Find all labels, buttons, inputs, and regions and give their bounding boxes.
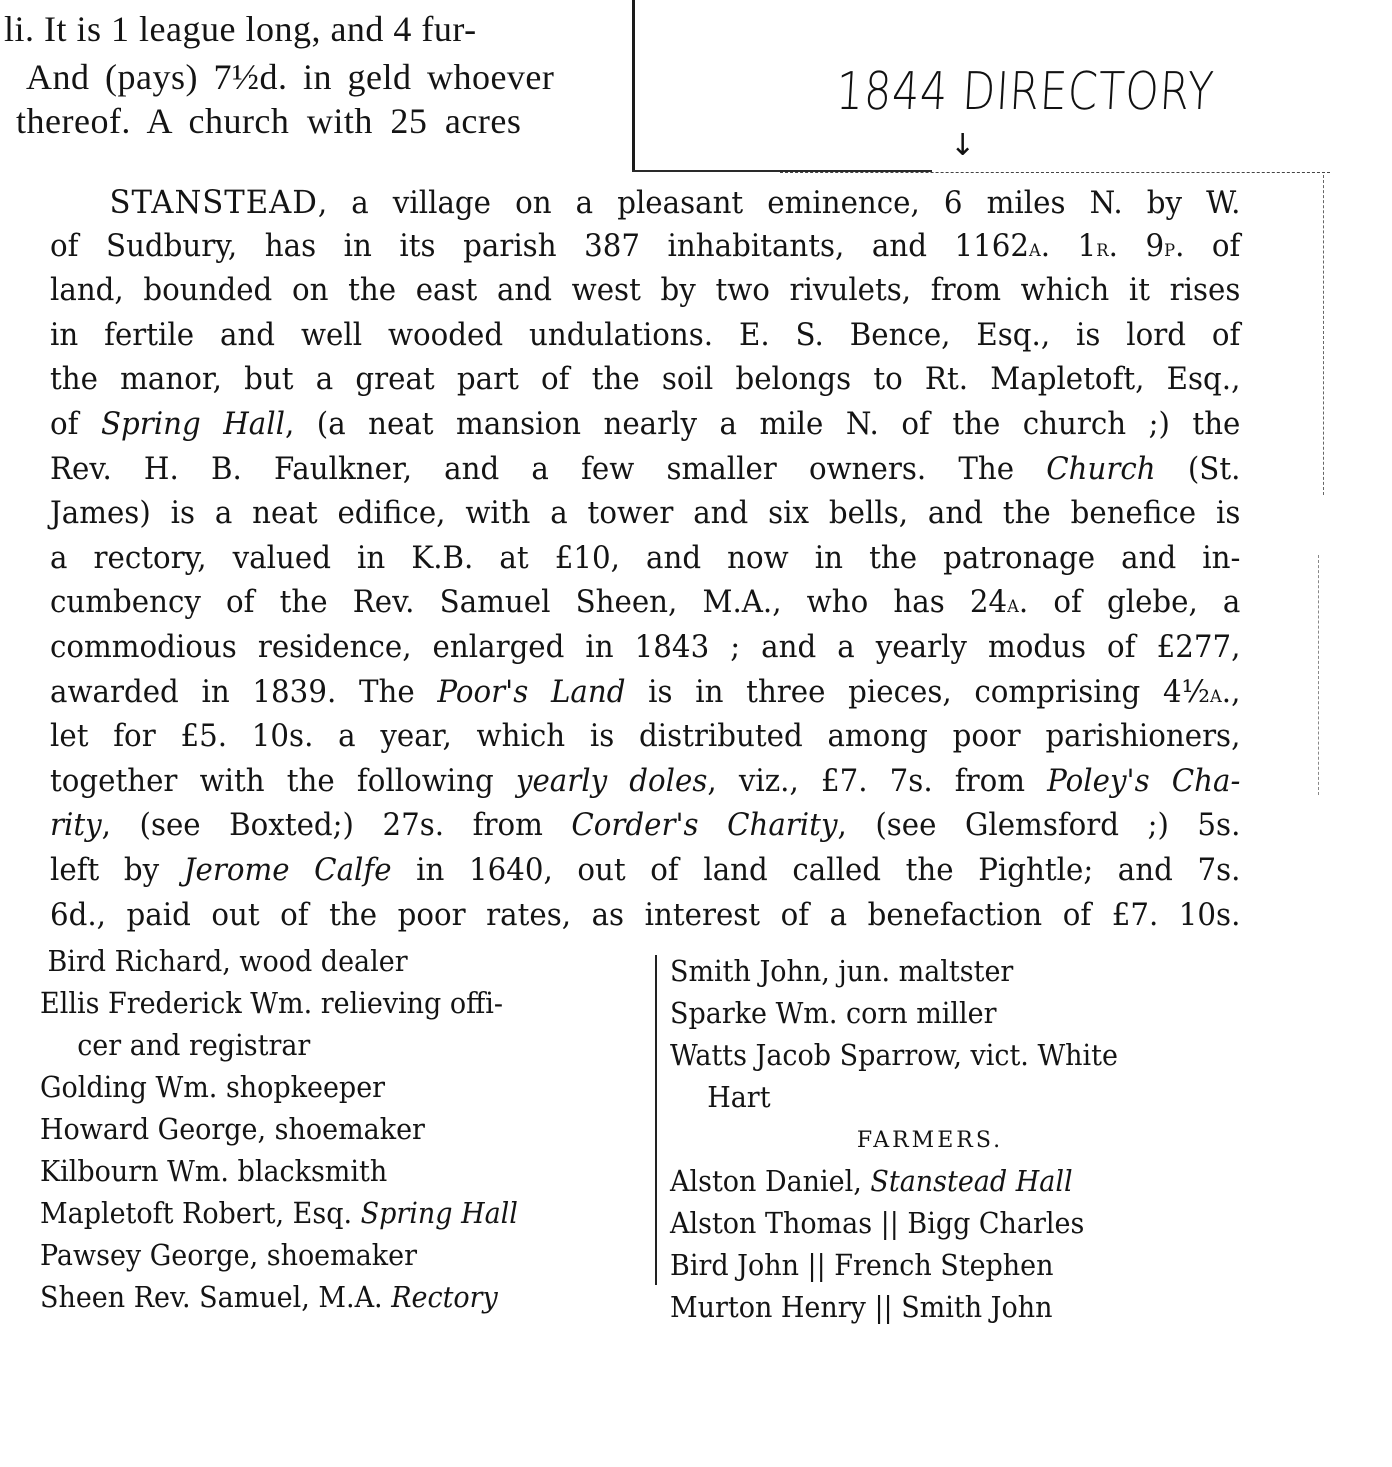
occupation: jun. maltster [830, 954, 1013, 988]
directory-entry: Mapletoft Robert, Esq. Spring Hall [40, 1192, 598, 1234]
text-run: , a village on a pleasant eminence, 6 mi… [318, 186, 1241, 221]
resident-name: Alston Thomas || Bigg Charles [670, 1206, 1084, 1240]
resident-name: Watts Jacob Sparrow, [670, 1038, 962, 1072]
directory-entry: Sparke Wm. corn miller [670, 992, 1265, 1034]
directory-entry: Watts Jacob Sparrow, vict. White [670, 1034, 1265, 1076]
paragraph-line: rity, (see Boxted;) 27s. from Corder's C… [50, 804, 1240, 849]
resident-name: Smith John, [670, 954, 830, 988]
italic-name: Jerome Calfe [184, 853, 392, 888]
paragraph-line: James) is a neat edifice, with a tower a… [50, 492, 1240, 537]
place-title: STANSTEAD [110, 183, 318, 221]
italic-name: Poor's Land [437, 675, 625, 710]
text-run: commodious residence, enlarged in 1843 ;… [50, 630, 1240, 665]
directory-entry: Alston Thomas || Bigg Charles [670, 1202, 1265, 1244]
directory-entry: Howard George, shoemaker [40, 1108, 598, 1150]
column-divider [655, 955, 657, 1285]
paragraph-line: of Spring Hall, (a neat mansion nearly a… [50, 403, 1240, 448]
paragraph-line: Rev. H. B. Faulkner, and a few smaller o… [50, 448, 1240, 493]
paragraph-line: left by Jerome Calfe in 1640, out of lan… [50, 849, 1240, 894]
fragment-line: thereof. A church with 25 acres [16, 100, 521, 142]
paragraph-line: of Sudbury, has in its parish 387 inhabi… [50, 225, 1240, 270]
italic-name: rity [50, 808, 102, 843]
text-run: left by [50, 853, 184, 888]
occupation: shoemaker [266, 1112, 425, 1146]
occupation: shopkeeper [217, 1070, 385, 1104]
directory-entry: Bird Richard, wood dealer [40, 940, 598, 982]
fragment-line: And (pays) 7½d. in geld whoever [26, 56, 554, 98]
italic-name: yearly doles [516, 764, 707, 799]
text-run: a rectory, valued in K.B. at £10, and no… [50, 541, 1240, 576]
fragment-line: li. It is 1 league long, and 4 fur- [4, 8, 477, 50]
occupation: wood dealer [231, 944, 408, 978]
text-run: awarded in 1839. The [50, 675, 437, 710]
unit-abbrev: a [1007, 590, 1019, 618]
directory-entry: Alston Daniel, Stanstead Hall [670, 1160, 1265, 1202]
text-run: , (see Glemsford ;) 5s. [837, 808, 1240, 843]
paragraph-line: STANSTEAD, a village on a pleasant emine… [50, 180, 1240, 225]
resident-name: Ellis Frederick Wm. [40, 986, 312, 1020]
paragraph-line: a rectory, valued in K.B. at £10, and no… [50, 537, 1240, 582]
paragraph-line: cumbency of the Rev. Samuel Sheen, M.A.,… [50, 581, 1240, 626]
resident-name: Sheen Rev. Samuel, M.A. [40, 1280, 383, 1314]
residents-list-right: Smith John, jun. maltsterSparke Wm. corn… [670, 950, 1310, 1328]
text-run: is in three pieces, comprising 4½ [625, 675, 1210, 710]
residents-list-left: Bird Richard, wood dealerEllis Frederick… [40, 940, 640, 1318]
unit-abbrev: p [1164, 234, 1175, 262]
handwritten-annotation: 1844 DIRECTORY [835, 62, 1216, 122]
paragraph-line: awarded in 1839. The Poor's Land is in t… [50, 671, 1240, 716]
occupation [383, 1280, 392, 1314]
fragment-border-vertical [632, 0, 635, 172]
directory-entry: Smith John, jun. maltster [670, 950, 1265, 992]
resident-name: Bird Richard, [47, 944, 230, 978]
paragraph-line: commodious residence, enlarged in 1843 ;… [50, 626, 1240, 671]
directory-entry: Murton Henry || Smith John [670, 1286, 1265, 1328]
occupation: cer and registrar [77, 1028, 310, 1062]
resident-name: Alston Daniel, [670, 1164, 862, 1198]
resident-name: Murton Henry || Smith John [670, 1290, 1052, 1324]
directory-entry: Bird John || French Stephen [670, 1244, 1265, 1286]
occupation: relieving offi- [312, 986, 503, 1020]
text-run: , viz., £7. 7s. from [707, 764, 1047, 799]
farmers-heading: FARMERS. [670, 1118, 1310, 1160]
down-arrow-icon: ↓ [950, 128, 975, 163]
occupation: Hart [707, 1080, 770, 1114]
text-run: of Sudbury, has in its parish 387 inhabi… [50, 229, 1029, 264]
text-run: James) is a neat edifice, with a tower a… [50, 496, 1240, 531]
text-run: (St. [1156, 452, 1241, 487]
italic-name: Corder's Charity [571, 808, 837, 843]
text-run: . 1 [1041, 229, 1096, 264]
text-run: ., [1222, 675, 1241, 710]
unit-abbrev: a [1029, 234, 1041, 262]
resident-name: Sparke Wm. [670, 996, 837, 1030]
text-run: . of [1175, 229, 1240, 264]
residence-name: Stanstead Hall [870, 1164, 1072, 1198]
directory-entry-continuation: Hart [670, 1076, 1265, 1118]
text-run: of [50, 407, 101, 442]
text-run: together with the following [50, 764, 516, 799]
resident-name: Kilbourn Wm. [40, 1154, 229, 1188]
stanstead-entry-paragraph: STANSTEAD, a village on a pleasant emine… [50, 180, 1290, 938]
text-run: . of glebe, a [1019, 585, 1240, 620]
clipping-border-top [780, 172, 1330, 174]
occupation: shoemaker [258, 1238, 417, 1272]
directory-entry: Sheen Rev. Samuel, M.A. Rectory [40, 1276, 598, 1318]
previous-entry-fragment: li. It is 1 league long, and 4 fur- And … [0, 0, 632, 170]
unit-abbrev: r [1096, 234, 1108, 262]
resident-name: Howard George, [40, 1112, 266, 1146]
occupation: corn miller [837, 996, 996, 1030]
italic-name: Church [1046, 452, 1155, 487]
text-run: in fertile and well wooded undulations. … [50, 318, 1240, 353]
occupation: blacksmith [229, 1154, 387, 1188]
paragraph-line: together with the following yearly doles… [50, 760, 1240, 805]
paragraph-line: the manor, but a great part of the soil … [50, 358, 1240, 403]
italic-name: Poley's Cha- [1047, 764, 1240, 799]
paragraph-line: let for £5. 10s. a year, which is distri… [50, 715, 1240, 760]
clipping-border-right [1323, 175, 1325, 495]
text-run: Rev. H. B. Faulkner, and a few smaller o… [50, 452, 1046, 487]
directory-entry: Ellis Frederick Wm. relieving offi- [40, 982, 598, 1024]
residence-name: Spring Hall [361, 1196, 518, 1230]
text-run: . 9 [1109, 229, 1164, 264]
clipping-border-right [1318, 555, 1320, 795]
resident-name: Bird John || French Stephen [670, 1248, 1054, 1282]
text-run: the manor, but a great part of the soil … [50, 362, 1240, 397]
text-run: 6d., paid out of the poor rates, as inte… [50, 898, 1240, 933]
resident-name: Mapletoft Robert, Esq. [40, 1196, 352, 1230]
text-run: in 1640, out of land called the Pightle;… [392, 853, 1241, 888]
paragraph-line: in fertile and well wooded undulations. … [50, 314, 1240, 359]
paragraph-line: 6d., paid out of the poor rates, as inte… [50, 894, 1240, 939]
text-run: land, bounded on the east and west by tw… [50, 273, 1240, 308]
directory-entry: Kilbourn Wm. blacksmith [40, 1150, 598, 1192]
text-run: cumbency of the Rev. Samuel Sheen, M.A.,… [50, 585, 1007, 620]
residence-name: Rectory [391, 1280, 498, 1314]
occupation [352, 1196, 361, 1230]
occupation: vict. White [962, 1038, 1118, 1072]
unit-abbrev: a [1210, 680, 1222, 708]
resident-name: Pawsey George, [40, 1238, 258, 1272]
text-run: let for £5. 10s. a year, which is distri… [50, 719, 1240, 754]
resident-name: Golding Wm. [40, 1070, 217, 1104]
paragraph-line: land, bounded on the east and west by tw… [50, 269, 1240, 314]
directory-entry: Pawsey George, shoemaker [40, 1234, 598, 1276]
italic-name: Spring Hall [101, 407, 285, 442]
text-run: , (a neat mansion nearly a mile N. of th… [285, 407, 1240, 442]
directory-entry: Golding Wm. shopkeeper [40, 1066, 598, 1108]
text-run: , (see Boxted;) 27s. from [102, 808, 572, 843]
directory-entry-continuation: cer and registrar [40, 1024, 598, 1066]
